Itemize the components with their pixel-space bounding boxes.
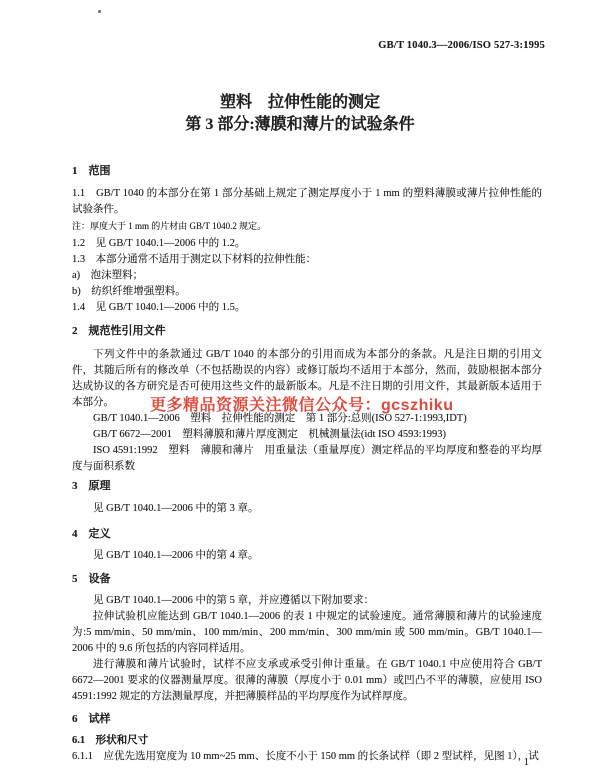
standard-number: GB/T 1040.3—2006/ISO 527-3:1995	[378, 40, 545, 51]
clause-1-3: 1.3 本部分通常不适用于测定以下材料的拉伸性能：	[72, 252, 542, 268]
title-line-2: 第 3 部分:薄膜和薄片的试验条件	[0, 114, 600, 136]
document-title: 塑料 拉伸性能的测定 第 3 部分:薄膜和薄片的试验条件	[0, 92, 600, 136]
clause-1-1-note: 注：厚度大于 1 mm 的片材由 GB/T 1040.2 规定。	[72, 220, 542, 233]
red-watermark: 更多精品资源关注微信公众号：gcszhiku	[150, 392, 453, 415]
clause-1-2: 1.2 见 GB/T 1040.1—2006 中的 1.2。	[72, 236, 542, 252]
section-1-heading: 1 范围	[72, 163, 542, 179]
section-2-heading: 2 规范性引用文件	[72, 323, 542, 339]
section-3-body: 见 GB/T 1040.1—2006 中的第 3 章。	[72, 501, 542, 517]
clause-6-1-1: 6.1.1 应优先选用宽度为 10 mm~25 mm、长度不小于 150 mm …	[72, 749, 542, 765]
section-5-paragraph-3: 进行薄膜和薄片试验时，试样不应支承或承受引伸计重量。在 GB/T 1040.1 …	[72, 657, 542, 705]
reference-2: GB/T 6672—2001 塑料薄膜和薄片厚度测定 机械测量法(idt ISO…	[72, 427, 542, 443]
section-6-heading: 6 试样	[72, 711, 542, 727]
page-number: 1	[524, 757, 529, 768]
reference-3: ISO 4591:1992 塑料 薄膜和薄片 用重量法（重量厚度）测定样品的平均…	[72, 443, 542, 475]
section-5-paragraph-2: 拉伸试验机应能达到 GB/T 1040.1—2006 的表 1 中规定的试验速度…	[72, 609, 542, 657]
clause-6-1-heading: 6.1 形状和尺寸	[72, 733, 542, 749]
section-5-paragraph-1: 见 GB/T 1040.1—2006 中的第 5 章，并应遵循以下附加要求：	[72, 593, 542, 609]
document-page: GB/T 1040.3—2006/ISO 527-3:1995 塑料 拉伸性能的…	[0, 0, 600, 781]
section-5-heading: 5 设备	[72, 571, 542, 587]
title-line-1: 塑料 拉伸性能的测定	[0, 92, 600, 114]
document-body: 1 范围 1.1 GB/T 1040 的本部分在第 1 部分基础上规定了测定厚度…	[72, 163, 542, 765]
section-4-body: 见 GB/T 1040.1—2006 中的第 4 章。	[72, 548, 542, 564]
scan-speck	[98, 10, 101, 13]
clause-1-3-item-a: a) 泡沫塑料；	[72, 268, 542, 284]
section-4-heading: 4 定义	[72, 526, 542, 542]
clause-1-3-item-b: b) 纺织纤维增强塑料。	[72, 284, 542, 300]
clause-1-1: 1.1 GB/T 1040 的本部分在第 1 部分基础上规定了测定厚度小于 1 …	[72, 186, 542, 218]
section-3-heading: 3 原理	[72, 478, 542, 494]
clause-1-4: 1.4 见 GB/T 1040.1—2006 中的 1.5。	[72, 300, 542, 316]
